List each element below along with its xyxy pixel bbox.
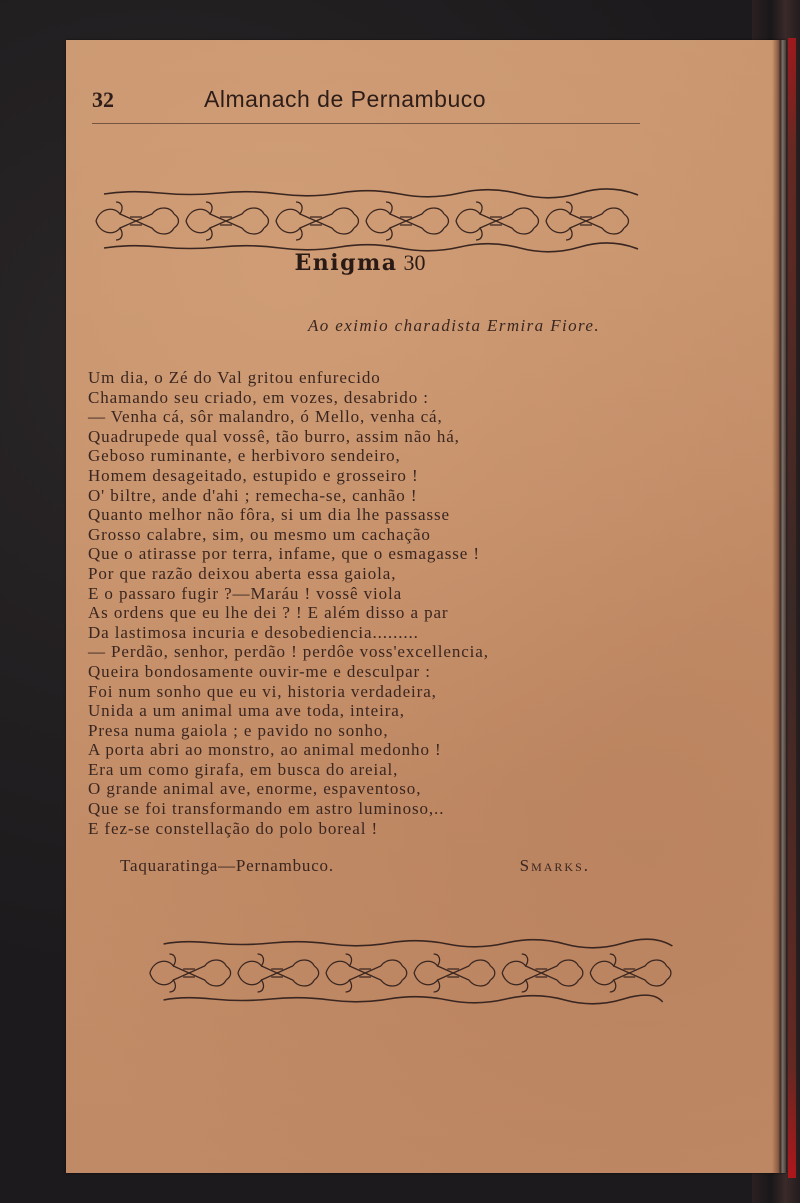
poem-line: O grande animal ave, enorme, espaventoso… <box>88 779 648 799</box>
poem-line: Que se foi transformando em astro lumino… <box>88 799 648 819</box>
signoff: Taquaratinga—Pernambuco. Smarks. <box>120 856 590 876</box>
red-spine-binding <box>788 38 796 1178</box>
poem-line: Presa numa gaiola ; e pavido no sonho, <box>88 721 648 741</box>
poem-line: Foi num sonho que eu vi, historia verdad… <box>88 682 648 702</box>
floral-scroll-ornament-icon <box>90 184 650 256</box>
poem-line: Queira bondosamente ouvir-me e desculpar… <box>88 662 648 682</box>
signoff-author: Smarks. <box>520 856 590 876</box>
poem-line: O' biltre, ande d'ahi ; remecha-se, canh… <box>88 486 648 506</box>
dedication: Ao eximio charadista Ermira Fiore. <box>0 316 600 336</box>
running-head: 32 Almanach de Pernambuco <box>92 86 652 120</box>
poem-line: As ordens que eu lhe dei ? ! E além diss… <box>88 603 648 623</box>
enigma-title: Enigma30 <box>0 250 720 276</box>
poem-line: Quanto melhor não fôra, si um dia lhe pa… <box>88 505 648 525</box>
poem-line: Um dia, o Zé do Val gritou enfurecido <box>88 368 648 388</box>
poem-line: Da lastimosa incuria e desobediencia....… <box>88 623 648 643</box>
signoff-place: Taquaratinga—Pernambuco. <box>120 856 334 876</box>
poem-line: Era um como girafa, em busca do areial, <box>88 760 648 780</box>
poem-line: Unida a um animal uma ave toda, inteira, <box>88 701 648 721</box>
bottom-ornament-band <box>144 934 692 1006</box>
poem-line: Por que razão deixou aberta essa gaiola, <box>88 564 648 584</box>
page-number: 32 <box>92 87 204 113</box>
enigma-title-word: Enigma <box>294 250 397 276</box>
floral-scroll-ornament-icon <box>144 934 692 1006</box>
poem-line: E o passaro fugir ?—Maráu ! vossê viola <box>88 584 648 604</box>
poem-line: Que o atirasse por terra, infame, que o … <box>88 544 648 564</box>
header-rule <box>92 123 640 124</box>
poem-line: E fez-se constellação do polo boreal ! <box>88 819 648 839</box>
poem-body: Um dia, o Zé do Val gritou enfurecido Ch… <box>88 368 648 838</box>
page-gutter-edge <box>772 40 786 1173</box>
poem-line: Chamando seu criado, em vozes, desabrido… <box>88 388 648 408</box>
poem-line: Geboso ruminante, e herbivoro sendeiro, <box>88 446 648 466</box>
poem-line: — Perdão, senhor, perdão ! perdôe voss'e… <box>88 642 648 662</box>
enigma-number: 30 <box>404 250 426 275</box>
poem-line: A porta abri ao monstro, ao animal medon… <box>88 740 648 760</box>
top-ornament-band <box>90 184 650 256</box>
poem-line: Grosso calabre, sim, ou mesmo um cachaçã… <box>88 525 648 545</box>
book-title: Almanach de Pernambuco <box>204 86 486 113</box>
poem-line: Quadrupede qual vossê, tão burro, assim … <box>88 427 648 447</box>
poem-line: Homem desageitado, estupido e grosseiro … <box>88 466 648 486</box>
poem-line: — Venha cá, sôr malandro, ó Mello, venha… <box>88 407 648 427</box>
